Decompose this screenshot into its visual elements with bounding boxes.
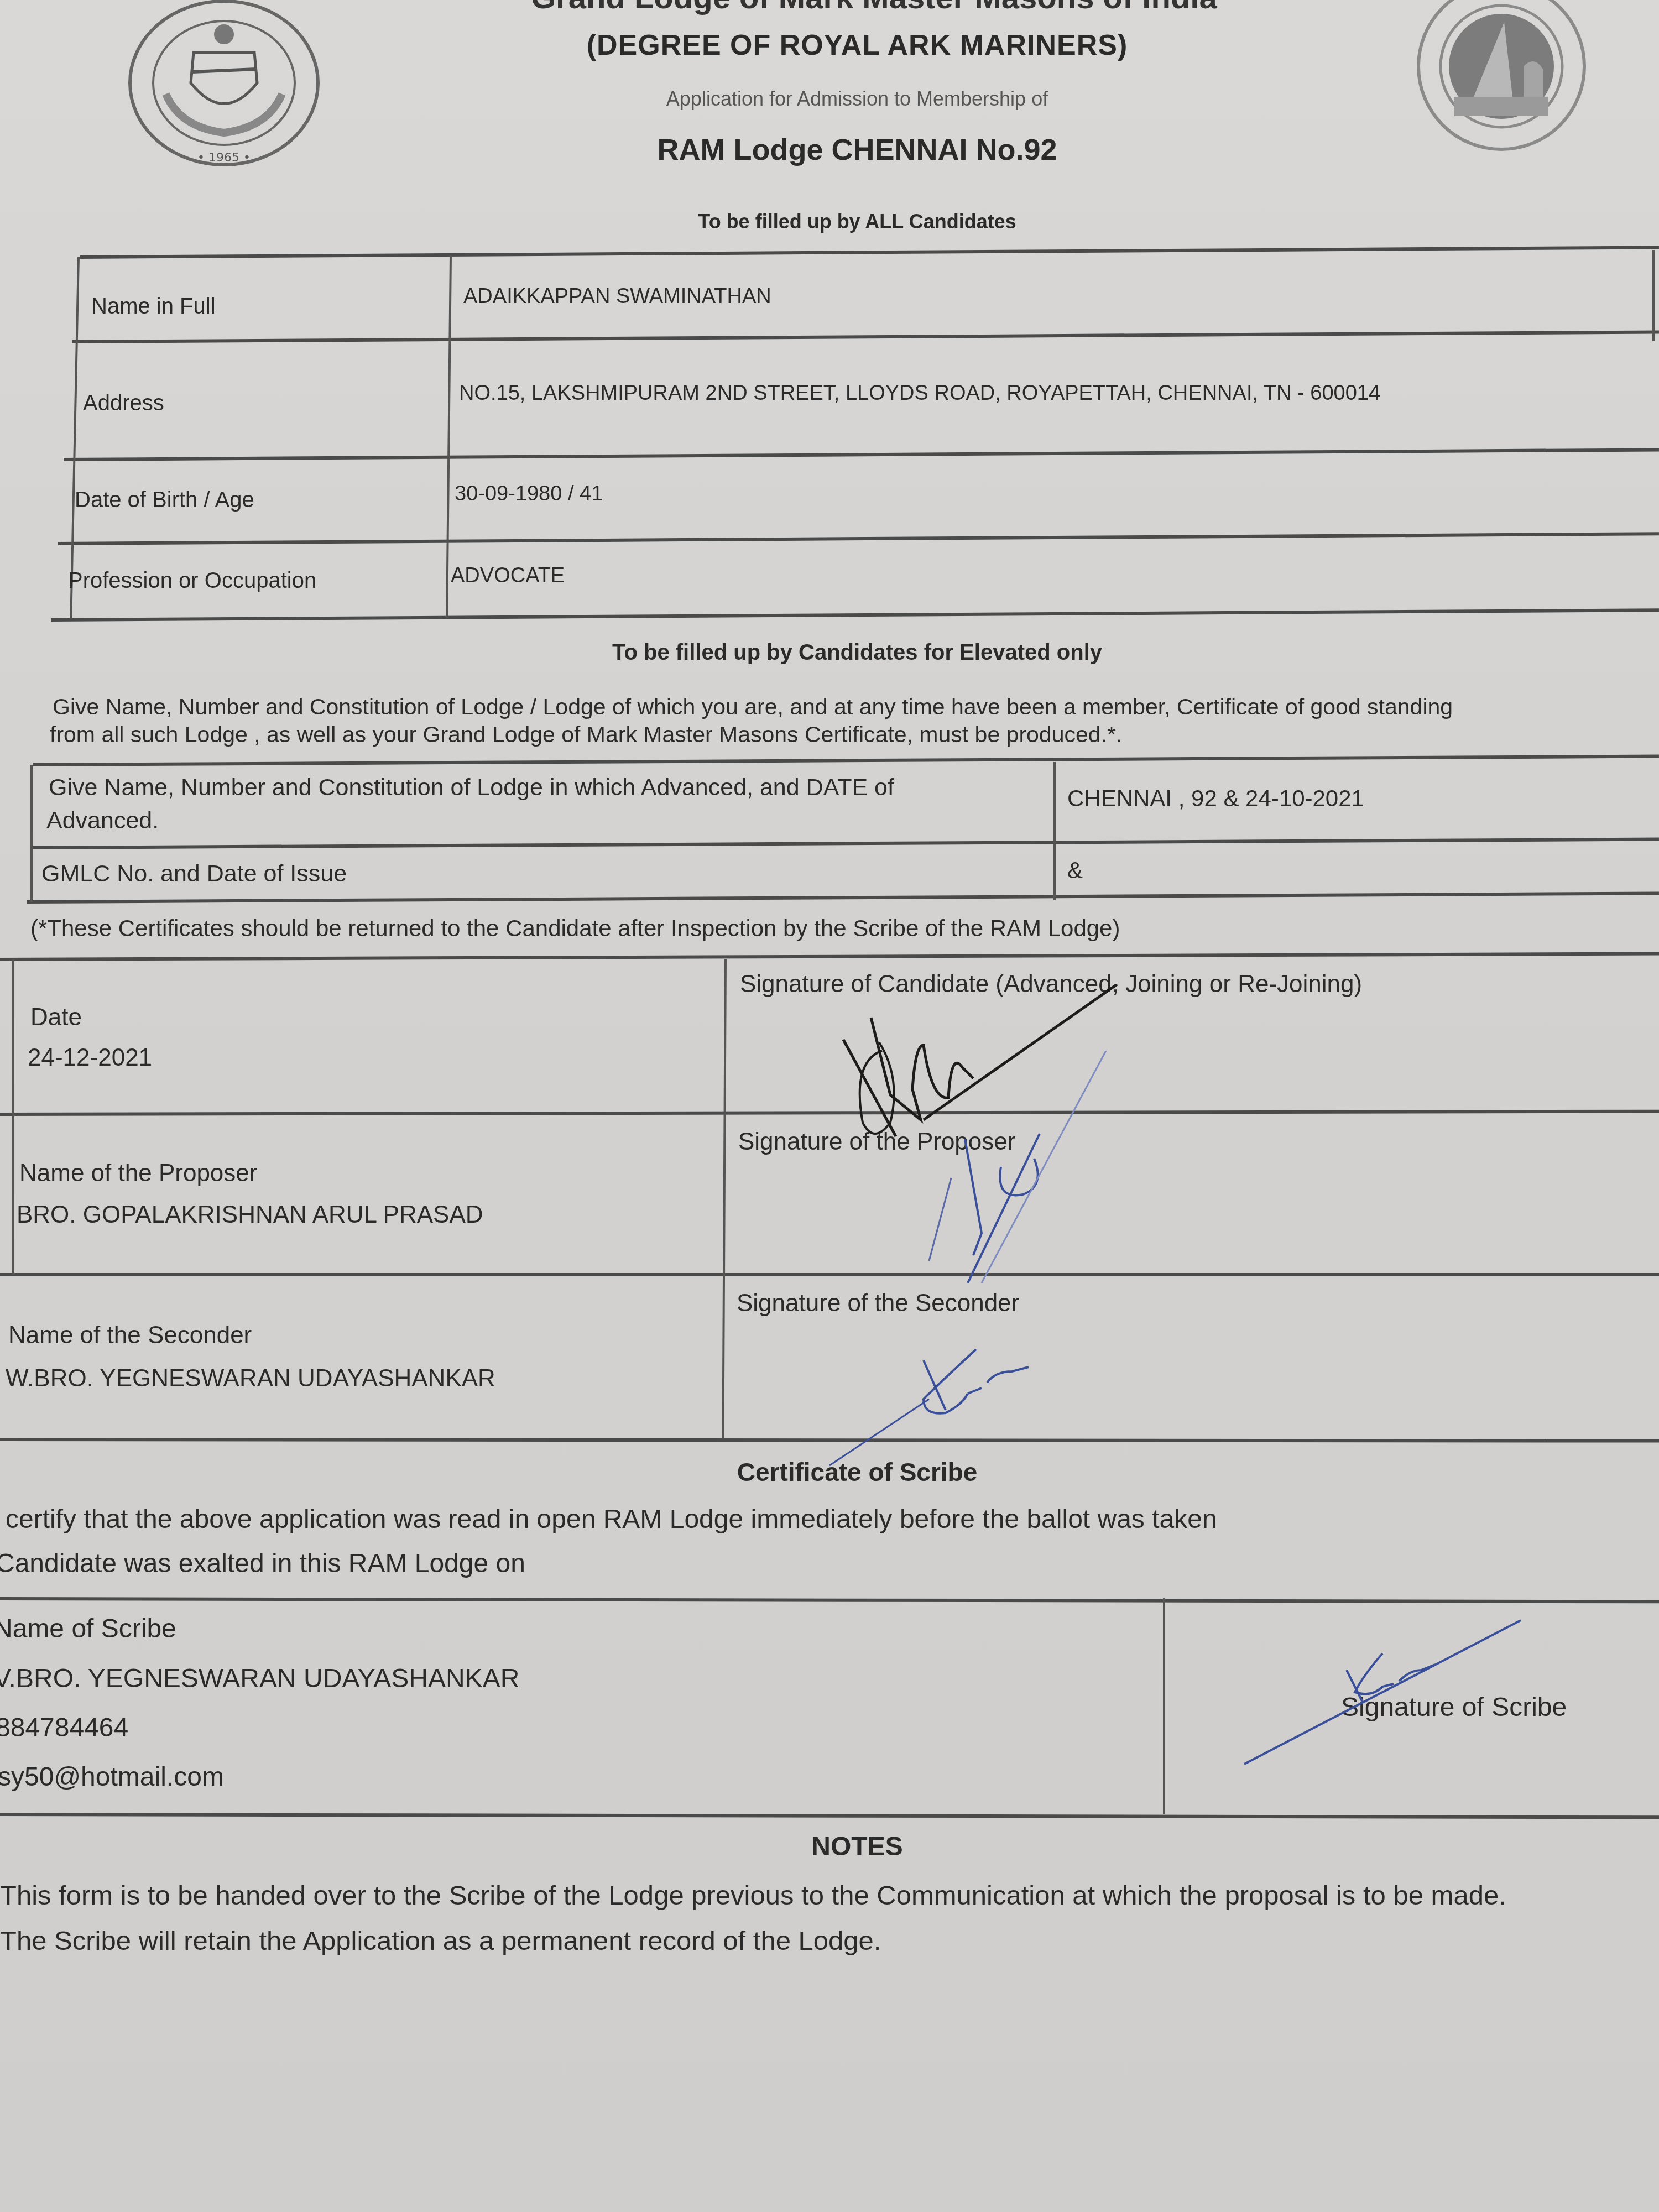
advanced-lodge-value: CHENNAI , 92 & 24-10-2021 — [1067, 785, 1364, 812]
name-label: Name in Full — [91, 294, 216, 319]
table-border — [1652, 250, 1655, 341]
address-value: NO.15, LAKSHMIPURAM 2ND STREET, LLOYDS R… — [459, 382, 1380, 405]
notes-heading: NOTES — [691, 1832, 1023, 1862]
application-subtitle: Application for Admission to Membership … — [498, 87, 1217, 111]
svg-text:• 1965 •: • 1965 • — [197, 151, 251, 165]
scribe-name-label: Name of Scribe — [0, 1614, 176, 1644]
table-border — [0, 1273, 1659, 1276]
table-border — [58, 532, 1659, 545]
application-form-page: Grand Lodge of Mark Master Masons of Ind… — [0, 0, 1659, 2212]
seconder-signature-label: Signature of the Seconder — [737, 1290, 1019, 1317]
gmlc-value: & — [1067, 857, 1083, 884]
table-border — [1163, 1598, 1165, 1814]
ram-lodge-seal-icon — [1402, 0, 1601, 155]
gmlc-label: GMLC No. and Date of Issue — [41, 860, 347, 888]
table-border — [30, 838, 1659, 849]
certificates-footnote: (*These Certificates should be returned … — [30, 915, 1120, 942]
date-value: 24-12-2021 — [28, 1044, 152, 1072]
proposer-signature-icon — [885, 1051, 1117, 1283]
address-label: Address — [83, 391, 164, 416]
seconder-name-label: Name of the Seconder — [8, 1322, 252, 1349]
elevated-heading: To be filled up by Candidates for Elevat… — [442, 640, 1272, 665]
notes-line2: The Scribe will retain the Application a… — [0, 1926, 881, 1957]
grand-lodge-title-cropped: Grand Lodge of Mark Master Masons of Ind… — [531, 0, 1194, 16]
seconder-name: W.BRO. YEGNESWARAN UDAYASHANKAR — [6, 1365, 495, 1392]
grand-lodge-seal-icon: • 1965 • — [119, 0, 329, 177]
date-label: Date — [30, 1004, 82, 1031]
table-border — [0, 1813, 1659, 1819]
all-candidates-heading: To be filled up by ALL Candidates — [498, 210, 1217, 233]
profession-value: ADVOCATE — [451, 564, 565, 588]
proposer-name-label: Name of the Proposer — [19, 1160, 257, 1187]
scribe-phone: 884784464 — [0, 1713, 128, 1743]
table-border — [33, 755, 1659, 766]
scribe-name: V.BRO. YEGNESWARAN UDAYASHANKAR — [0, 1663, 519, 1694]
seconder-signature-icon — [830, 1327, 1062, 1471]
degree-title: (DEGREE OF ROYAL ARK MARINERS) — [498, 29, 1217, 62]
scribe-exalted-line: Candidate was exalted in this RAM Lodge … — [0, 1548, 525, 1579]
dob-age-value: 30-09-1980 / 41 — [455, 482, 603, 506]
scribe-certificate-heading: Certificate of Scribe — [636, 1457, 1078, 1487]
elevated-instruction-line2: from all such Lodge , as well as your Gr… — [50, 722, 1122, 748]
table-border — [27, 892, 1659, 904]
notes-line1: This form is to be handed over to the Sc… — [0, 1880, 1506, 1911]
dob-age-label: Date of Birth / Age — [75, 488, 254, 513]
table-border — [64, 448, 1659, 461]
name-value: ADAIKKAPPAN SWAMINATHAN — [463, 285, 771, 309]
table-border — [722, 959, 727, 1438]
table-border — [0, 952, 1659, 961]
table-border — [1053, 762, 1056, 900]
lodge-title: RAM Lodge CHENNAI No.92 — [498, 133, 1217, 167]
advanced-lodge-label-cont: Advanced. — [46, 807, 159, 834]
table-border — [0, 1597, 1659, 1603]
advanced-lodge-label: Give Name, Number and Constitution of Lo… — [49, 774, 894, 801]
table-border — [446, 255, 452, 618]
table-border — [51, 608, 1659, 622]
profession-label: Profession or Occupation — [68, 568, 316, 593]
scribe-certify-line: certify that the above application was r… — [6, 1504, 1217, 1535]
table-border — [70, 257, 80, 619]
scribe-email[interactable]: sy50@hotmail.com — [0, 1762, 224, 1792]
table-border — [72, 330, 1659, 343]
table-border — [30, 765, 33, 902]
proposer-name: BRO. GOPALAKRISHNAN ARUL PRASAD — [17, 1201, 483, 1229]
elevated-instruction-line1: Give Name, Number and Constitution of Lo… — [53, 694, 1453, 720]
table-border — [80, 246, 1659, 259]
table-border — [12, 959, 14, 1275]
scribe-signature-icon — [1244, 1615, 1543, 1770]
